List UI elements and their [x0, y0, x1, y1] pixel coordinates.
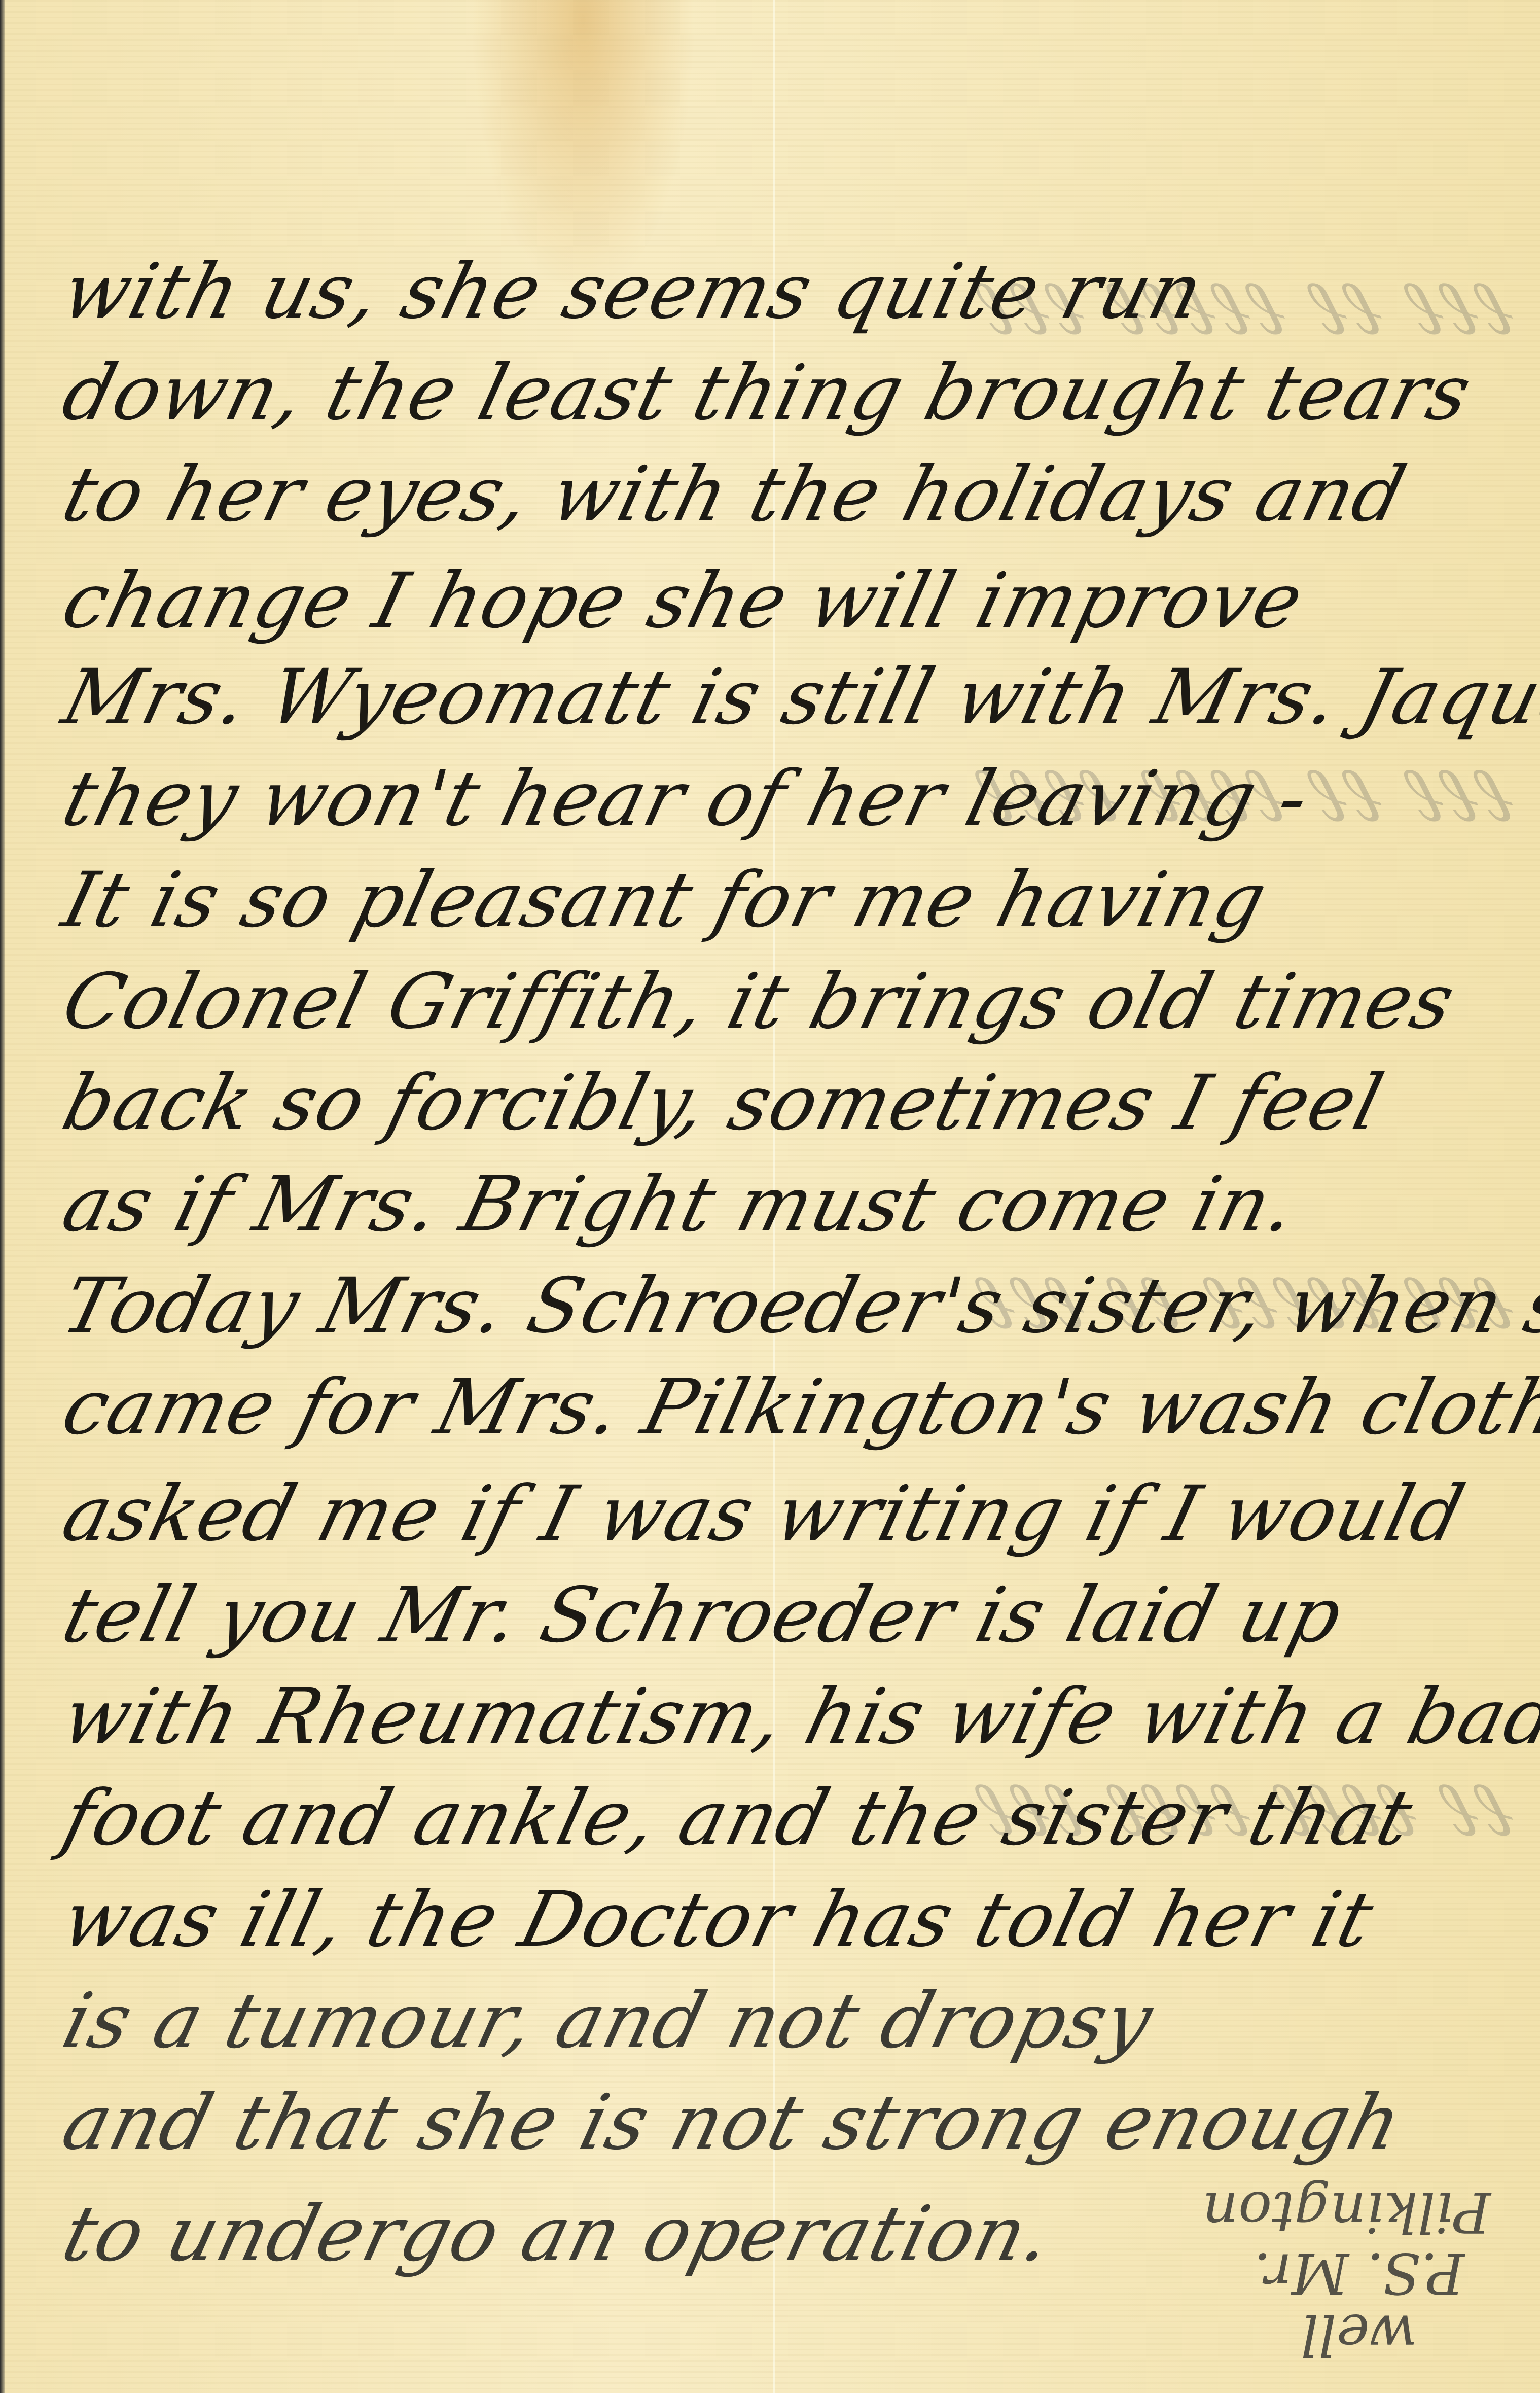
letter-line: back so forcibly, sometimes I feel — [56, 1065, 1535, 1141]
postscript-line: P.S. Mr. Pilkington — [1227, 2181, 1491, 2304]
letter-line: down, the least thing brought tears — [56, 355, 1535, 431]
letter-line: to her eyes, with the holidays and — [56, 456, 1535, 533]
letter-line: Mrs. Wyeomatt is still with Mrs. Jaques — [56, 659, 1535, 735]
letter-line: as if Mrs. Bright must come in. — [56, 1167, 1535, 1243]
letter-line: with us, she seems quite run — [56, 254, 1535, 330]
letter-line: they won't hear of her leaving - — [56, 761, 1535, 837]
letter-page: ℓℓℓ ℓℓ ℓℓℓℓℓ ℓℓℓ ℓℓℓ ℓℓ ℓℓℓℓ ℓℓℓℓ ℓℓℓ ℓℓ… — [0, 0, 1540, 2393]
letter-line: tell you Mr. Schroeder is laid up — [56, 1577, 1535, 1653]
letter-line: Colonel Griffith, it brings old times — [56, 964, 1535, 1040]
letter-line: foot and ankle, and the sister that — [56, 1780, 1535, 1856]
letter-line: came for Mrs. Pilkington's wash clothes, — [56, 1369, 1535, 1446]
postscript-line: well — [1227, 2304, 1491, 2365]
letter-line: Today Mrs. Schroeder's sister, when she — [56, 1268, 1535, 1344]
letter-line: change I hope she will improve — [56, 563, 1535, 639]
scan-edge — [0, 0, 5, 2393]
letter-line: is a tumour, and not dropsy — [56, 1983, 1535, 2059]
letter-line: to undergo an operation. — [56, 2196, 1089, 2272]
letter-line: with Rheumatism, his wife with a bad — [56, 1679, 1535, 1755]
letter-line: and that she is not strong enough — [56, 2085, 1535, 2161]
letter-line: It is so pleasant for me having — [56, 862, 1535, 938]
letter-line: was ill, the Doctor has told her it — [56, 1882, 1535, 1958]
letter-line: asked me if I was writing if I would — [56, 1476, 1535, 1552]
postscript-upside-down: well P.S. Mr. Pilkington — [1227, 2181, 1491, 2365]
